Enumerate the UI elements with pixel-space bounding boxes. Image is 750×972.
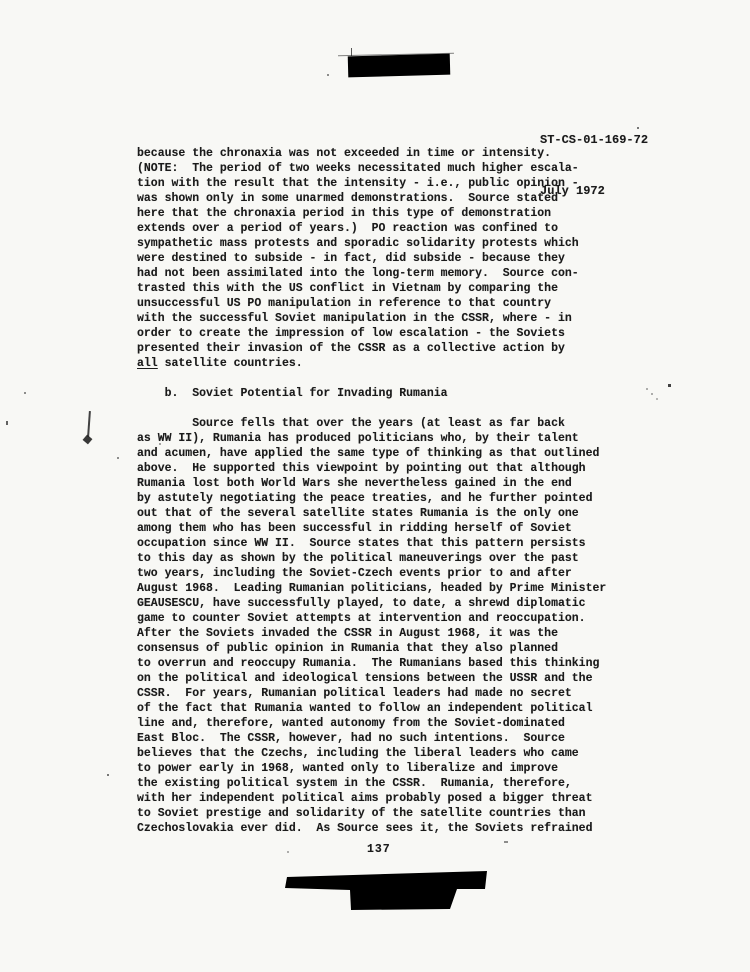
text-line: believes that the Czechs, including the …	[137, 746, 606, 761]
text-line-with-underline: all satellite countries.	[137, 356, 606, 371]
text-line: on the political and ideological tension…	[137, 671, 606, 686]
text-line: to Soviet prestige and solidarity of the…	[137, 806, 606, 821]
text-line: out that of the several satellite states…	[137, 506, 606, 521]
text-line: Source fells that over the years (at lea…	[137, 416, 606, 431]
text-line: unsuccessful US PO manipulation in refer…	[137, 296, 606, 311]
scan-artifact	[287, 851, 289, 853]
redaction-bar-bottom	[285, 869, 488, 911]
scan-artifact	[24, 392, 26, 394]
text-line: was shown only in some unarmed demonstra…	[137, 191, 606, 206]
text-line: August 1968. Leading Rumanian politician…	[137, 581, 606, 596]
text-line: to power early in 1968, wanted only to l…	[137, 761, 606, 776]
text-line: and acumen, have applied the same type o…	[137, 446, 606, 461]
scan-artifact	[504, 841, 508, 843]
blank-line	[137, 401, 606, 416]
scan-artifact	[6, 421, 8, 425]
scan-artifact	[327, 74, 329, 76]
scan-artifact	[668, 384, 671, 387]
text-line: above. He supported this viewpoint by po…	[137, 461, 606, 476]
scan-artifact-arrowhead	[83, 435, 93, 445]
text-line: two years, including the Soviet-Czech ev…	[137, 566, 606, 581]
underlined-word: all	[137, 357, 158, 370]
text-line: occupation since WW II. Source states th…	[137, 536, 606, 551]
text-line: here that the chronaxia period in this t…	[137, 206, 606, 221]
text-line: consensus of public opinion in Rumania t…	[137, 641, 606, 656]
redaction-bar-top	[348, 54, 451, 78]
document-body-text: because the chronaxia was not exceeded i…	[137, 146, 606, 836]
text-line: were destined to subside - in fact, did …	[137, 251, 606, 266]
scan-artifact	[117, 457, 119, 459]
text-line: trasted this with the US conflict in Vie…	[137, 281, 606, 296]
text-line: because the chronaxia was not exceeded i…	[137, 146, 606, 161]
text-line: by astutely negotiating the peace treati…	[137, 491, 606, 506]
text-line: order to create the impression of low es…	[137, 326, 606, 341]
text-line: as WW II), Rumania has produced politici…	[137, 431, 606, 446]
scan-artifact	[646, 388, 648, 390]
text-line: extends over a period of years.) PO reac…	[137, 221, 606, 236]
text-line: After the Soviets invaded the CSSR in Au…	[137, 626, 606, 641]
blank-line	[137, 371, 606, 386]
text-line: (NOTE: The period of two weeks necessita…	[137, 161, 606, 176]
text-line: with her independent political aims prob…	[137, 791, 606, 806]
text-line: tion with the result that the intensity …	[137, 176, 606, 191]
redaction-tick-mark	[351, 48, 352, 56]
text-line: to overrun and reoccupy Rumania. The Rum…	[137, 656, 606, 671]
text-line: game to counter Soviet attempts at inter…	[137, 611, 606, 626]
scan-artifact	[159, 443, 161, 445]
text-line: Czechoslovakia ever did. As Source sees …	[137, 821, 606, 836]
text-line: among them who has been successful in ri…	[137, 521, 606, 536]
page-number: 137	[367, 843, 391, 856]
text-line: East Bloc. The CSSR, however, had no suc…	[137, 731, 606, 746]
text-line: of the fact that Rumania wanted to follo…	[137, 701, 606, 716]
text-line: CSSR. For years, Rumanian political lead…	[137, 686, 606, 701]
scan-artifact	[656, 398, 658, 400]
scan-artifact	[637, 127, 639, 129]
text-line: to this day as shown by the political ma…	[137, 551, 606, 566]
text-line: line and, therefore, wanted autonomy fro…	[137, 716, 606, 731]
text-line-rest: satellite countries.	[158, 357, 303, 370]
text-line: GEAUSESCU, have successfully played, to …	[137, 596, 606, 611]
text-line: with the successful Soviet manipulation …	[137, 311, 606, 326]
text-line: the existing political system in the CSS…	[137, 776, 606, 791]
text-line: sympathetic mass protests and sporadic s…	[137, 236, 606, 251]
paragraph-2: Source fells that over the years (at lea…	[137, 416, 606, 836]
scan-artifact-squiggle	[87, 411, 91, 437]
section-heading: b. Soviet Potential for Invading Rumania	[137, 386, 606, 401]
text-line: had not been assimilated into the long-t…	[137, 266, 606, 281]
scanned-document-page: ST-CS-01-169-72 July 1972 because the ch…	[0, 0, 750, 972]
paragraph-1: because the chronaxia was not exceeded i…	[137, 146, 606, 356]
text-line: Rumania lost both World Wars she neverth…	[137, 476, 606, 491]
scan-artifact	[651, 393, 653, 395]
scan-artifact	[107, 774, 109, 776]
text-line: presented their invasion of the CSSR as …	[137, 341, 606, 356]
